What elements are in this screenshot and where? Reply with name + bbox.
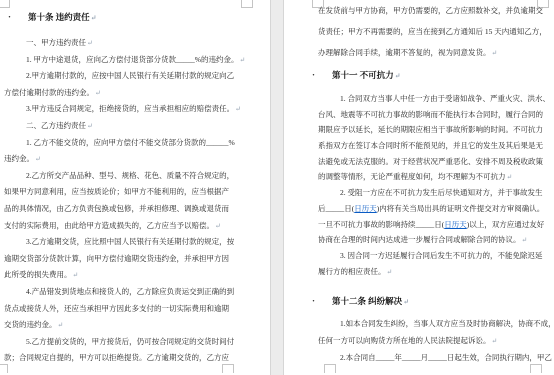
text-line: 4.产品错发到货地点和接货人的，乙方除应负责运交到正确的到 xyxy=(4,284,232,301)
text-segment: 3.乙方逾期交货，应比照中国人民银行有关延期付款的规定，按 xyxy=(26,237,234,246)
text-segment: 1.如本合同发生纠纷，当事人双方应当及时协商解决，协商不成， xyxy=(340,319,554,328)
text-line: 2.乙方所交产品品种、型号、规格、花色、质量不符合规定的， xyxy=(4,168,232,185)
text-line: 期限应予以延长，延长的期限应相当于事故所影响的时间。不可抗力 xyxy=(318,122,548,138)
article-heading: ·第十条 违约责任↵ xyxy=(4,0,232,35)
text-line: 3.乙方逾期交货，应比照中国人民银行有关延期付款的规定，按 xyxy=(4,234,232,251)
page-left-content: ·第十条 违约责任↵一、甲方违约责任↵1. 甲方中途退货，应向乙方偿付退货部分货… xyxy=(4,0,232,367)
text-segment: 一旦不可抗力事故的影响持续_____日( xyxy=(318,220,444,229)
article-heading: ·第十二条 纠纷解决↵ xyxy=(318,287,548,315)
paragraph-block: 在发货前与甲方协商，甲方仍需要的，乙方应照数补交，并负逾期交货责任；甲方不再需要… xyxy=(318,0,548,63)
text-line: 3. 因合同一方迟延履行合同后发生不可抗力的，不能免除迟延 xyxy=(318,248,548,264)
page-gap xyxy=(270,0,284,375)
paragraph-mark: ↵ xyxy=(215,222,221,230)
text-line: 3.甲方违反合同规定，拒绝接货的，应当承担相应的赔偿责任。↵ xyxy=(4,101,232,118)
text-segment: 在发货前与甲方协商，甲方仍需要的，乙方应照数补交，并负逾期交 xyxy=(318,6,543,15)
text-segment: 3. 因合同一方迟延履行合同后发生不可抗力的，不能免除迟延 xyxy=(340,251,543,260)
text-segment: 逾期交货部分货款计算，向甲方偿付逾期交货违约金，并承担甲方因 xyxy=(4,254,229,263)
outline-bullet-icon: · xyxy=(8,0,11,35)
text-segment: 一、甲方违约责任 xyxy=(26,38,86,47)
text-line: 违约金。↵ xyxy=(4,151,232,168)
text-line: 款；合同规定自提的，甲方可以拒绝提货。乙方逾期交货的，乙方应 xyxy=(4,350,232,367)
text-segment: 5.乙方提前交货的，甲方接货后，仍可按合同规定的交货时间付 xyxy=(26,337,234,346)
text-segment: 如果甲方同意利用，应当按质论价；如甲方不能利用的，应当根据产 xyxy=(4,187,229,196)
paragraph-mark: ↵ xyxy=(73,271,79,279)
text-segment: 1. 合同双方当事人中任一方由于受诸如战争、严重火灾、洪水、 xyxy=(340,94,550,103)
text-line: 一、甲方违约责任↵ xyxy=(4,35,232,52)
text-line: 协商在合理的时间内达成进一步履行合同或解除合同的协议。↵ xyxy=(318,232,548,248)
paragraph-mark: ↵ xyxy=(492,49,498,57)
text-line: 2.本合同自_____年_____月_____日起生效，合同执行期内，甲乙 xyxy=(318,349,548,366)
text-segment: 品的具体情况，由乙方负责包换或包修，并承担修理、调换或退货而 xyxy=(4,204,229,213)
text-segment: 1. 乙方不能交货的，应向甲方偿付不能交货部分货款的______% xyxy=(26,138,235,147)
text-line: 交货的违约金。↵ xyxy=(4,317,232,334)
text-line: 方偿付逾期付款的违约金。↵ xyxy=(4,85,232,102)
text-line: 品的具体情况，由乙方负责包换或包修，并承担修理、调换或退货而 xyxy=(4,201,232,218)
text-line: 1.如本合同发生纠纷，当事人双方应当及时协商解决，协商不成， xyxy=(318,315,548,332)
text-segment: )内将有关当局出具的证明文件提交对方审阅确认。 xyxy=(377,204,545,213)
text-segment: 办理解除合同手续，逾期不答复的，视为同意发货。 xyxy=(318,48,491,57)
paragraph-mark: ↵ xyxy=(35,155,41,163)
text-segment: 违约金。 xyxy=(4,154,34,163)
text-line: 如果甲方同意利用，应当按质论价；如甲方不能利用的，应当根据产 xyxy=(4,184,232,201)
text-segment: 协商在合理的时间内达成进一步履行合同或解除合同的协议。 xyxy=(318,235,521,244)
page-left: ·第十条 违约责任↵一、甲方违约责任↵1. 甲方中途退货，应向乙方偿付退货部分货… xyxy=(0,0,270,375)
paragraph-block: 1. 合同双方当事人中任一方由于受诸如战争、严重火灾、洪水、台风、地震等不可抗力… xyxy=(318,91,548,279)
text-line: 逾期交货部分货款计算，向甲方偿付逾期交货违约金，并承担甲方因 xyxy=(4,251,232,268)
text-segment: 法避免或无法克服的。对于经营状况严重恶化、安排不周及税收政策 xyxy=(318,157,543,166)
outline-bullet-icon: · xyxy=(312,287,315,315)
paragraph-mark: ↵ xyxy=(395,72,401,80)
text-segment: 台风、地震等不可抗力事故的影响而不能执行本合同时，履行合同的 xyxy=(318,110,543,119)
text-segment: 2.乙方所交产品品种、型号、规格、花色、质量不符合规定的， xyxy=(26,171,234,180)
text-boundary-mark xyxy=(241,0,253,8)
paragraph-mark: ↵ xyxy=(492,337,498,345)
paragraph-block: 一、甲方违约责任↵1. 甲方中途退货，应向乙方偿付退货部分货款_____%的违约… xyxy=(4,35,232,367)
text-segment: 货点或接货人外，还应当承担甲方因此多支付的一切实际费用和逾期 xyxy=(4,304,229,313)
page-right-content: 在发货前与甲方协商，甲方仍需要的，乙方应照数补交，并负逾期交货责任；甲方不再需要… xyxy=(318,0,548,366)
text-line: 2. 受阻一方应在不可抗力发生后尽快通知对方，并于事故发生 xyxy=(318,185,548,201)
text-line: 在发货前与甲方协商，甲方仍需要的，乙方应照数补交，并负逾期交 xyxy=(318,0,548,21)
paragraph-mark: ↵ xyxy=(387,268,393,276)
text-segment: 3.甲方违反合同规定，拒绝接货的，应当承担相应的赔偿责任。 xyxy=(26,104,234,113)
paragraph-mark: ↵ xyxy=(235,105,241,113)
paragraph-mark: ↵ xyxy=(507,173,513,181)
paragraph-mark: ↵ xyxy=(403,298,409,306)
text-segment: 交货的违约金。 xyxy=(4,320,57,329)
hyperlink-calendar-days[interactable]: 日历天 xyxy=(354,204,377,213)
paragraph-mark: ↵ xyxy=(95,89,101,97)
text-segment: 第十条 违约责任 xyxy=(28,12,90,22)
hyperlink-calendar-days[interactable]: 日历天 xyxy=(444,220,467,229)
text-line: 的调整等情形，无论严重程度如何，均不理解为不可抗力↵ xyxy=(318,169,548,185)
text-segment: 4.产品错发到货地点和接货人的，乙方除应负责运交到正确的到 xyxy=(26,287,234,296)
text-segment: 1. 甲方中途退货，应向乙方偿付退货部分货款_____%的违约金。 xyxy=(26,55,239,64)
paragraph-mark: ↵ xyxy=(58,321,64,329)
text-line: 支付的实际费用，由此给甲方造成损失的，乙方应当予以赔偿。↵ xyxy=(4,218,232,235)
outline-bullet-icon: · xyxy=(312,63,315,87)
text-segment: 方偿付逾期付款的违约金。 xyxy=(4,88,94,97)
text-segment: 系指双方在签订本合同时所不能预见的，并且它的发生及其后果是无 xyxy=(318,141,543,150)
text-line: 二、乙方违约责任↵ xyxy=(4,118,232,135)
text-line: 系指双方在签订本合同时所不能预见的，并且它的发生及其后果是无 xyxy=(318,138,548,154)
text-segment: 二、乙方违约责任 xyxy=(26,121,86,130)
text-line: 此所受的损失费用。↵ xyxy=(4,267,232,284)
text-line: 法避免或无法克服的。对于经营状况严重恶化、安排不周及税收政策 xyxy=(318,154,548,170)
text-line: 办理解除合同手续，逾期不答复的，视为同意发货。↵ xyxy=(318,42,548,63)
text-line: 1. 合同双方当事人中任一方由于受诸如战争、严重火灾、洪水、 xyxy=(318,91,548,107)
text-segment: 的调整等情形，无论严重程度如何，均不理解为不可抗力 xyxy=(318,172,506,181)
text-line: 履行方的相应责任。↵ xyxy=(318,264,548,280)
text-segment: 货责任；甲方不再需要的，应当在接到乙方通知后 15 天内通知乙方， xyxy=(318,27,547,36)
text-line: 2.甲方逾期付款的，应按中国人民银行有关延期付款的规定向乙 xyxy=(4,68,232,85)
text-line: 一旦不可抗力事故的影响持续_____日(日历天)以上，双方应通过友好 xyxy=(318,217,548,233)
paragraph-mark: ↵ xyxy=(522,236,528,244)
text-segment: 履行方的相应责任。 xyxy=(318,267,386,276)
text-segment: 第十二条 纠纷解决 xyxy=(332,296,402,306)
paragraph-mark: ↵ xyxy=(87,122,93,130)
document-view: ·第十条 违约责任↵一、甲方违约责任↵1. 甲方中途退货，应向乙方偿付退货部分货… xyxy=(0,0,554,375)
paragraph-mark: ↵ xyxy=(91,14,97,22)
text-line: 货责任；甲方不再需要的，应当在接到乙方通知后 15 天内通知乙方， xyxy=(318,21,548,42)
text-line: 货点或接货人外，还应当承担甲方因此多支付的一切实际费用和逾期 xyxy=(4,301,232,318)
text-line: 1. 甲方中途退货，应向乙方偿付退货部分货款_____%的违约金。↵ xyxy=(4,52,232,69)
text-segment: 任何一方可以向购货方所在地的人民法院提起诉讼。 xyxy=(318,336,491,345)
text-segment: 期限应予以延长，延长的期限应相当于事故所影响的时间。不可抗力 xyxy=(318,125,543,134)
text-segment: 款；合同规定自提的，甲方可以拒绝提货。乙方逾期交货的，乙方应 xyxy=(4,353,229,362)
text-segment: 支付的实际费用，由此给甲方造成损失的，乙方应当予以赔偿。 xyxy=(4,221,214,230)
text-line: 5.乙方提前交货的，甲方接货后，仍可按合同规定的交货时间付 xyxy=(4,334,232,351)
page-right: 在发货前与甲方协商，甲方仍需要的，乙方应照数补交，并负逾期交货责任；甲方不再需要… xyxy=(284,0,554,375)
text-segment: 第十一 不可抗力 xyxy=(332,70,394,80)
text-segment: )以上，双方应通过友好 xyxy=(467,220,545,229)
text-line: 后_____日(日历天)内将有关当局出具的证明文件提交对方审阅确认。 xyxy=(318,201,548,217)
text-line: 任何一方可以向购货方所在地的人民法院提起诉讼。↵ xyxy=(318,332,548,349)
text-segment: 后_____日( xyxy=(318,204,354,213)
text-segment: 2.本合同自_____年_____月_____日起生效，合同执行期内，甲乙 xyxy=(340,353,552,362)
text-segment: 2.甲方逾期付款的，应按中国人民银行有关延期付款的规定向乙 xyxy=(26,71,234,80)
paragraph-mark: ↵ xyxy=(240,56,246,64)
text-line: 1. 乙方不能交货的，应向甲方偿付不能交货部分货款的______% xyxy=(4,135,232,152)
paragraph-block: 1.如本合同发生纠纷，当事人双方应当及时协商解决，协商不成，任何一方可以向购货方… xyxy=(318,315,548,366)
text-segment: 此所受的损失费用。 xyxy=(4,270,72,279)
text-segment: 2. 受阻一方应在不可抗力发生后尽快通知对方，并于事故发生 xyxy=(340,188,543,197)
text-line: 台风、地震等不可抗力事故的影响而不能执行本合同时，履行合同的 xyxy=(318,107,548,123)
paragraph-mark: ↵ xyxy=(87,39,93,47)
article-heading: ·第十一 不可抗力↵ xyxy=(318,63,548,87)
